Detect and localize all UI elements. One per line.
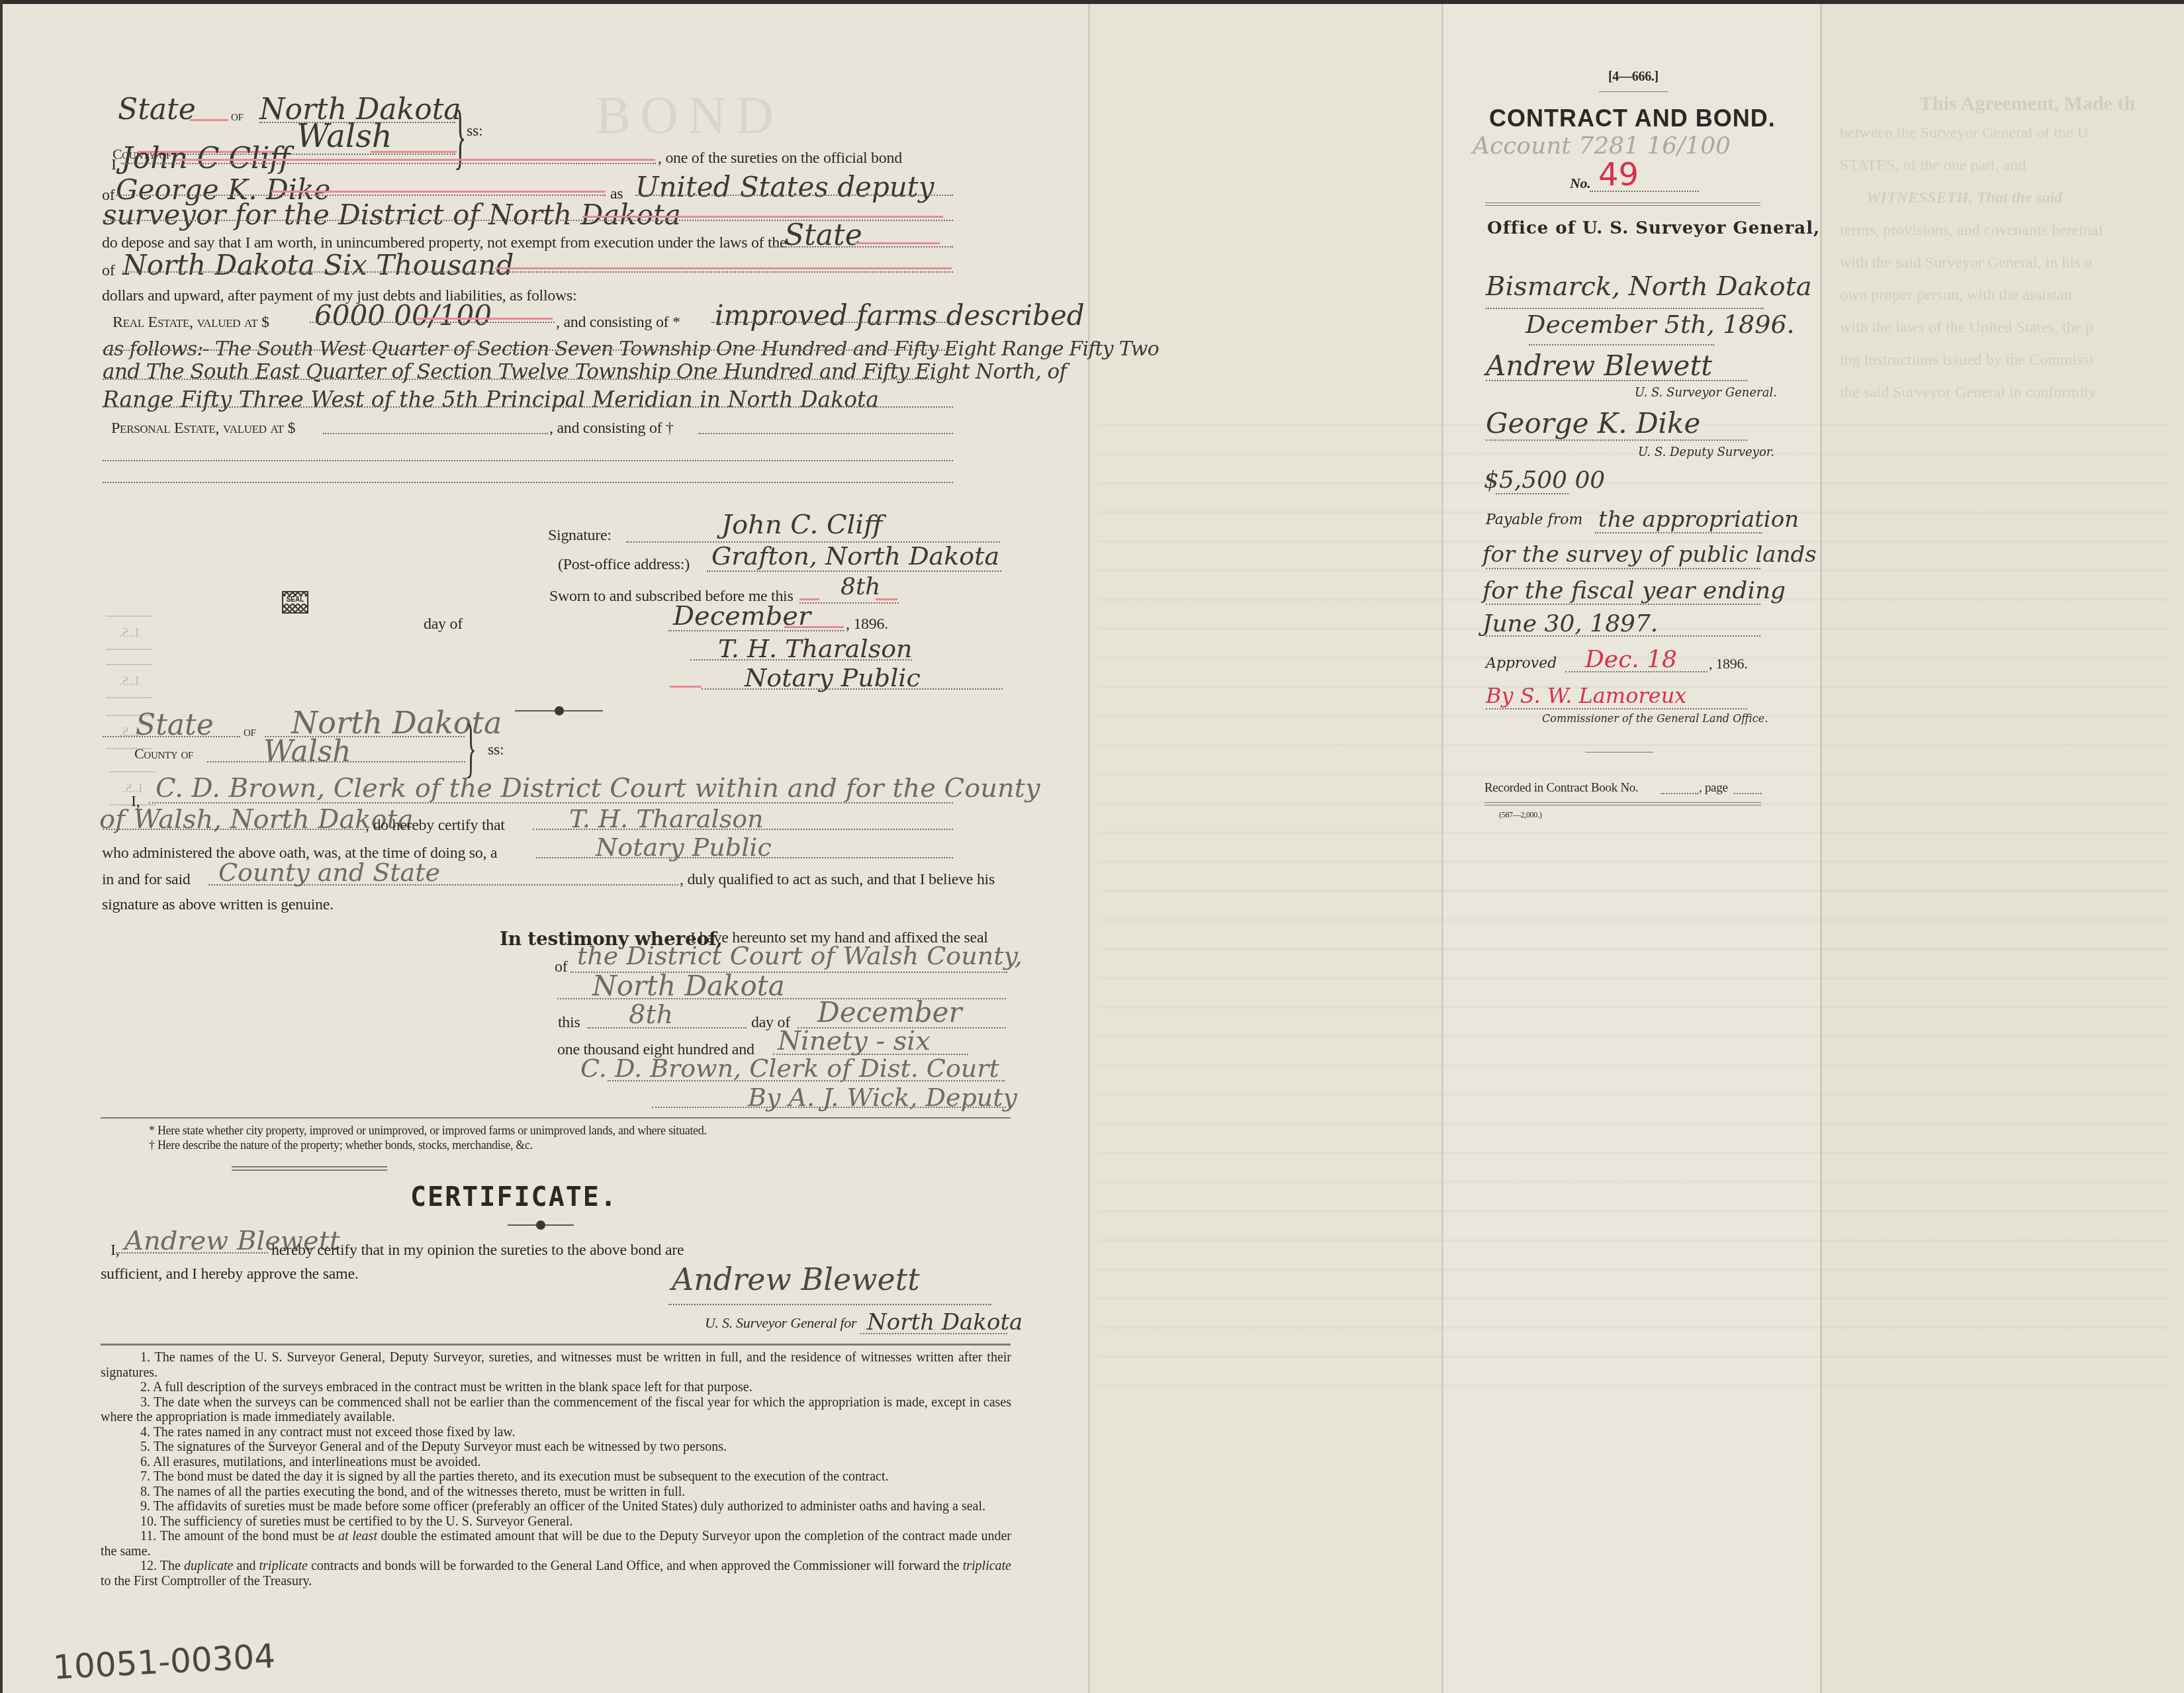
testimony-of-label: of [555,958,567,976]
red-rule [371,151,457,153]
clerk-state-of-label: of [244,723,256,740]
instruction-number: 2. [101,1380,150,1395]
worth-field[interactable] [122,271,953,273]
seal-of-line-1: the District Court of Walsh County, [577,941,1023,970]
sworn-month-field[interactable] [668,630,844,631]
surveyor-general-signature-field[interactable] [668,1304,991,1305]
real-estate-desc-4: Range Fifty Three West of the 5th Princi… [103,387,879,412]
instruction-number: 7. [101,1469,150,1484]
surety-name-field[interactable] [121,163,656,164]
bleed-line: with the said Surveyor General, in his o [1840,254,2118,272]
testimony-day: 8th [629,999,673,1030]
bleed-through-lines [1099,397,2171,1390]
instruction-text: The amount of the bond must be [160,1529,338,1543]
instruction-item: 2. A full description of the surveys emb… [101,1380,1011,1395]
ss-label: ss: [467,122,482,140]
instruction-number: 4. [101,1425,150,1440]
instruction-text: The affidavits of sureties must be made … [154,1499,985,1514]
clerk-county-value: Walsh [263,735,351,768]
instruction-text: and [233,1559,259,1573]
notary-signature-field[interactable] [690,659,912,661]
place-field[interactable] [1486,308,1764,309]
red-rule [582,216,943,218]
bleed-through-text: This Agreement, Made th between the Surv… [1840,93,2118,402]
instruction-number: 9. [101,1499,150,1514]
instruction-text: The [160,1559,184,1573]
of-label-2: of [102,262,114,280]
instruction-text: The signatures of the Surveyor General a… [154,1440,727,1454]
personal-estate-value-field[interactable] [323,433,548,434]
bleed-line: terms, provisions, and covenants hereina… [1840,222,2118,240]
bleed-line: between the Surveyor General of the U [1840,124,2118,142]
surveyor-general-state-field[interactable] [860,1333,1007,1334]
red-rule [417,318,553,320]
certifier-field[interactable] [116,1252,268,1254]
i-label: I, [111,156,120,174]
red-rule [670,686,702,688]
clerk-state-prefix-field[interactable] [103,736,240,737]
instruction-text: The names of all the parties executing t… [154,1485,686,1499]
brace: } [454,99,466,172]
cover-place: Bismarck, North Dakota [1486,271,1812,302]
instruction-text: The bond must be dated the day it is sig… [154,1469,889,1484]
surveyor-general-state: North Dakota [867,1309,1023,1336]
contract-number-field[interactable] [1590,191,1699,192]
real-estate-desc-1: improved farms described [715,299,1085,332]
form-number: [4—666.] [1608,69,1659,85]
seal-label: SEAL [283,596,307,604]
office-field[interactable] [635,195,953,196]
ornament-divider [515,710,603,711]
sureties-text: , one of the sureties on the official bo… [658,150,902,167]
instruction-text: A full description of the surveys embrac… [153,1380,752,1395]
office-heading: Office of U. S. Surveyor General, [1487,218,1820,238]
instruction-number: 12. [101,1559,157,1573]
worth-value: North Dakota Six Thousand [122,249,514,281]
real-estate-desc-field[interactable] [711,322,953,323]
cover-date: December 5th, 1896. [1525,310,1795,339]
red-rule [175,159,655,161]
clerk-signature: C. D. Brown, Clerk of Dist. Court [580,1054,999,1083]
instruction-emphasis: at least [338,1529,377,1543]
clerk-county-label: County of [134,745,193,762]
instruction-item: 6. All erasures, mutilations, and interl… [101,1455,1011,1470]
certify-label: , do hereby certify that [365,817,505,835]
sworn-day: 8th [841,573,881,600]
instruction-text: The date when the surveys can be commenc… [101,1395,1011,1425]
testimony-day-field[interactable] [588,1027,747,1029]
instruction-text: The sufficiency of sureties must be cert… [160,1514,573,1529]
clerk-ss-label: ss: [488,741,504,759]
instruction-item: 7. The bond must be dated the day it is … [101,1469,1011,1485]
personal-estate-desc-field[interactable] [103,482,953,483]
instruction-number: 5. [101,1440,150,1454]
day-of-label: day of [424,616,463,633]
county-value: Walsh [296,118,392,155]
clerk-jurisdiction-field[interactable] [208,884,678,886]
instruction-number: 8. [101,1485,150,1499]
red-rule [876,598,897,600]
sworn-day-field[interactable] [799,602,899,604]
surveyor-general-cover-signature: Andrew Blewett [1486,349,1712,382]
clerk-jurisdiction: County and State [218,858,440,887]
clerk-line-field[interactable] [103,829,364,830]
office-value-line2: surveyor for the District of North Dakot… [103,199,681,231]
consisting-label: , and consisting of * [556,314,680,332]
instruction-text: The names of the U. S. Surveyor General,… [101,1350,1011,1380]
testimony-month: December [817,996,962,1029]
instruction-item: 8. The names of all the parties executin… [101,1485,1011,1500]
bleed-line: WITNESSETH, That the said [1840,189,2118,207]
sworn-year: , 1896. [846,616,888,633]
signature-label: Signature: [548,527,612,545]
instruction-text: All erasures, mutilations, and interline… [153,1455,480,1469]
personal-estate-desc-field[interactable] [698,433,953,434]
ornament-divider [508,1224,574,1226]
laws-of-field[interactable] [773,246,953,248]
postoffice-field[interactable] [707,571,1001,572]
instruction-text: to the First Comptroller of the Treasury… [101,1574,312,1588]
personal-consisting-label: , and consisting of † [549,420,674,437]
section-rule [101,1344,1011,1346]
instruction-number: 3. [101,1395,150,1410]
bleed-line: own proper person, with the assistan [1840,287,2118,304]
certificate-i-label: I, [111,1242,119,1259]
bleed-line: STATES, of the one part, and [1840,157,2118,175]
seal-of-line-2: North Dakota [592,970,785,1002]
qualified-text: , duly qualified to act as such, and tha… [680,871,995,889]
instruction-number: 6. [101,1455,150,1469]
clerk-line-field[interactable] [149,802,953,803]
real-estate-desc-field[interactable] [103,349,953,351]
bleed-line: ing instructions issued by the Commissi [1840,351,2118,369]
pencil-note: Account 7281 16/100 [1473,132,1731,160]
clerk-signature-field[interactable] [608,1080,1005,1081]
surety-signature: John C. Cliff [721,510,883,540]
footnote-star: * Here state whether city property, impr… [149,1124,707,1138]
ls-stamp-ghost: L.S. [106,664,152,698]
state-of-label: of [231,107,244,124]
testimony-this-label: this [558,1014,580,1032]
instruction-emphasis: duplicate [184,1559,233,1573]
cover-title: CONTRACT AND BOND. [1489,105,1776,132]
instruction-text: contracts and bonds will be forwarded to… [308,1559,963,1573]
instruction-item: 3. The date when the surveys can be comm… [101,1395,1011,1425]
deputy-signature-field[interactable] [652,1107,1006,1108]
double-rule [1485,203,1760,203]
red-rule [799,598,819,600]
notary-title-field[interactable] [702,688,1003,690]
real-estate-desc-field[interactable] [103,379,953,380]
instruction-item: 4. The rates named in any contract must … [101,1425,1011,1440]
red-rule [271,191,606,193]
real-estate-value-field[interactable] [310,322,555,323]
personal-estate-label: Personal Estate, valued at $ [111,420,295,437]
instruction-item: 12. The duplicate and triplicate contrac… [101,1559,1011,1588]
clerk-county-field[interactable] [207,761,465,762]
instruction-item: 9. The affidavits of sureties must be ma… [101,1499,1011,1514]
instruction-text: The rates named in any contract must not… [154,1425,516,1440]
number-label: No. [1570,175,1591,192]
footnote-dagger: † Here describe the nature of the proper… [149,1138,533,1152]
state-prefix: State [118,93,196,126]
instruction-item: 11. The amount of the bond must be at le… [101,1529,1011,1559]
certify-text-1: hereby certify that in my opinion the su… [271,1242,684,1259]
instruction-item: 10. The sufficiency of sureties must be … [101,1514,1011,1530]
instruction-number: 1. [101,1350,150,1365]
real-estate-value: 6000 00/100 [314,299,492,332]
contract-number: 49 [1598,156,1639,193]
red-rule [190,119,228,121]
clerk-notary-office-field[interactable] [536,857,953,858]
postoffice-value: Grafton, North Dakota [711,541,999,571]
fold-line [1088,4,1090,1693]
in-and-for-label: in and for said [102,871,190,889]
red-rule [854,242,940,244]
bleed-line: This Agreement, Made th [1840,93,2118,115]
personal-estate-desc-field[interactable] [103,460,953,461]
real-estate-desc-field[interactable] [103,406,953,408]
double-rule [232,1166,387,1167]
surveyor-general-signature: Andrew Blewett [672,1261,920,1297]
instruction-number: 10. [101,1514,157,1529]
double-rule [1485,205,1760,206]
instruction-item: 5. The signatures of the Surveyor Genera… [101,1440,1011,1455]
clerk-notary-field[interactable] [533,829,953,830]
instruction-number: 11. [101,1529,156,1543]
year-value: Ninety - six [778,1026,931,1056]
bleed-line: with the laws of the United States, the … [1840,319,2118,337]
principal-field[interactable] [116,195,606,196]
instruction-emphasis: triplicate [259,1559,308,1573]
seal-stamp: SEAL [282,591,308,614]
section-rule [101,1117,1011,1119]
surveyor-general-title: U. S. Surveyor General for [705,1314,856,1332]
instruction-emphasis: triplicate [963,1559,1011,1573]
genuine-text: signature as above written is genuine. [102,896,334,914]
short-rule [1599,91,1668,92]
double-rule [232,1169,387,1171]
red-rule [495,267,952,269]
date-field[interactable] [1529,344,1714,345]
postoffice-label: (Post-office address:) [558,556,690,574]
brace: } [465,715,477,781]
ls-stamp-ghost: L.S. [106,616,152,650]
watermark-heading: BOND [596,86,783,146]
certify-text-2: sufficient, and I hereby approve the sam… [101,1265,358,1283]
real-estate-desc-3: and The South East Quarter of Section Tw… [103,360,1066,384]
instruction-item: 1. The names of the U. S. Surveyor Gener… [101,1350,1011,1380]
surveyor-general-cover-field[interactable] [1486,380,1747,381]
clerk-line-1: C. D. Brown, Clerk of the District Court… [156,773,1040,803]
red-rule [784,626,844,628]
instructions-list: 1. The names of the U. S. Surveyor Gener… [101,1350,1011,1588]
certificate-title: CERTIFICATE. [410,1182,617,1213]
real-estate-label: Real Estate, valued at $ [113,314,269,332]
